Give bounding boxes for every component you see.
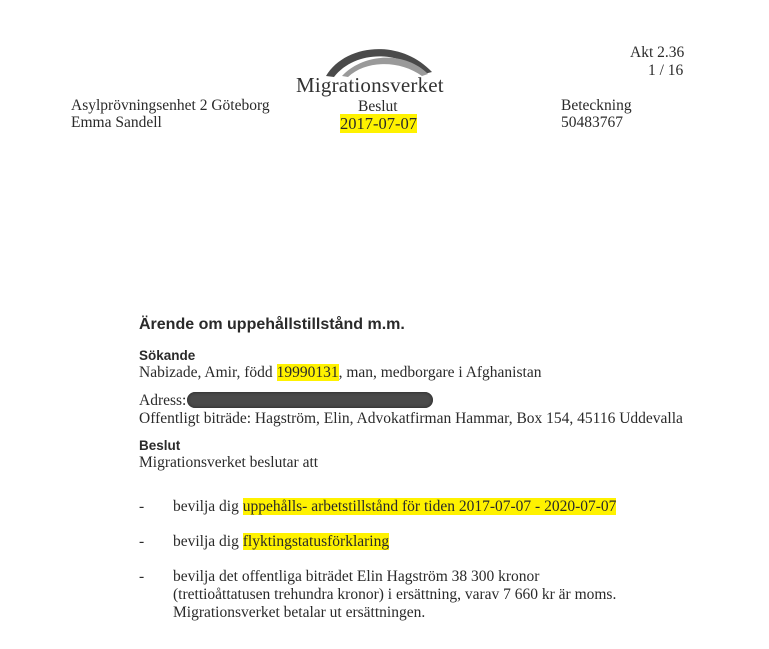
bullet-dash: - xyxy=(139,568,144,586)
decision-item: - bevilja dig uppehålls- arbetstillstånd… xyxy=(139,498,639,518)
officer-name: Emma Sandell xyxy=(71,114,162,132)
agency-logo: Migrationsverket xyxy=(300,36,450,96)
public-counsel-line: Offentligt biträde: Hagström, Elin, Advo… xyxy=(139,410,683,428)
reference-number: 50483767 xyxy=(561,114,623,132)
case-title: Ärende om uppehållstillstånd m.m. xyxy=(139,316,405,334)
compensation-line-2: (trettioåttatusen trehundra kronor) i er… xyxy=(173,586,616,604)
decision-intro: Migrationsverket beslutar att xyxy=(139,454,318,472)
address-line: Adress: xyxy=(139,392,433,410)
decision-item: - bevilja dig flyktingstatusförklaring xyxy=(139,533,639,553)
document-date: 2017-07-07 xyxy=(340,115,417,134)
address-label: Adress: xyxy=(139,392,186,409)
arch-logo-icon xyxy=(300,36,450,78)
unit-name: Asylprövningsenhet 2 Göteborg xyxy=(71,97,270,115)
applicant-birthdate: 19990131 xyxy=(277,364,339,381)
applicant-line: Nabizade, Amir, född 19990131, man, medb… xyxy=(139,364,541,382)
bullet-dash: - xyxy=(139,533,144,551)
compensation-line-1: bevilja det offentliga biträdet Elin Hag… xyxy=(173,568,539,586)
redacted-address xyxy=(187,392,433,408)
logo-wordmark: Migrationsverket xyxy=(296,73,444,98)
akt-number: Akt 2.36 xyxy=(630,44,684,62)
bullet-dash: - xyxy=(139,498,144,516)
reference-label: Beteckning xyxy=(561,97,632,115)
document-date-value: 2017-07-07 xyxy=(340,114,417,133)
applicant-heading: Sökande xyxy=(139,348,195,363)
page-number: 1 / 16 xyxy=(648,62,683,80)
refugee-status-highlight: flyktingstatusförklaring xyxy=(243,533,389,550)
compensation-line-3: Migrationsverket betalar ut ersättningen… xyxy=(173,604,425,622)
decision-item: - bevilja det offentliga biträdet Elin H… xyxy=(139,568,659,628)
decision-heading: Beslut xyxy=(139,438,180,453)
residence-permit-highlight: uppehålls- arbetstillstånd för tiden 201… xyxy=(243,498,617,515)
